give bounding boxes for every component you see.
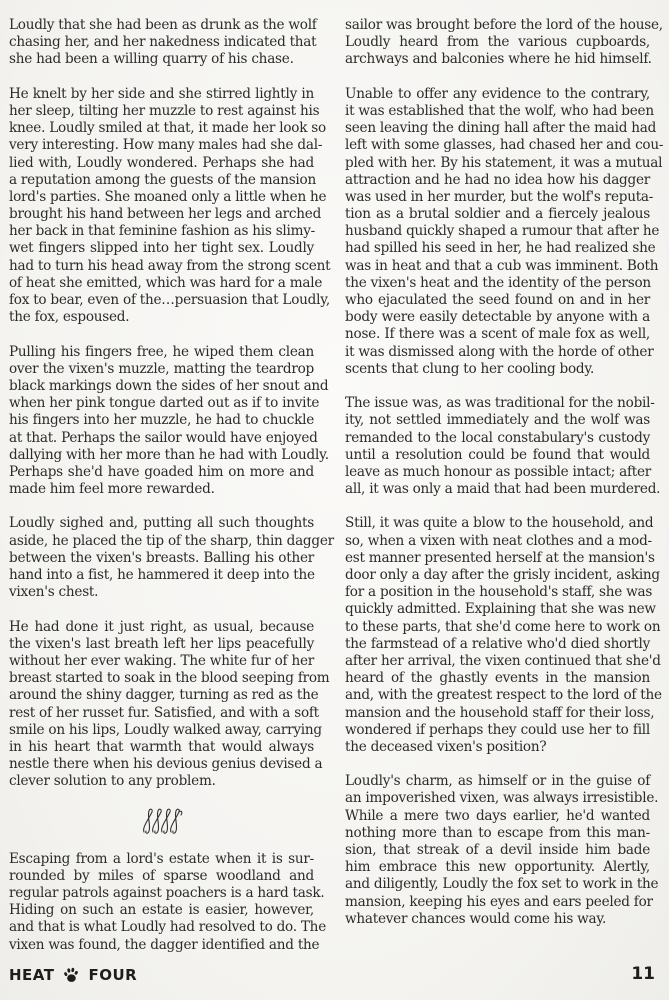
- text-line: the fox, espoused.: [9, 309, 314, 326]
- paragraph: Unable to offer any evidence to the cont…: [345, 86, 650, 378]
- text-line: and that is what Loudly had resolved to …: [9, 919, 314, 936]
- text-line: sailor was brought before the lord of th…: [345, 17, 650, 34]
- text-line: regular patrols against poachers is a ha…: [9, 885, 314, 902]
- text-line: Pulling his fingers free, he wiped them …: [9, 344, 314, 361]
- paragraph: Pulling his fingers free, he wiped them …: [9, 344, 314, 499]
- text-line: brought his hand between her legs and ar…: [9, 206, 314, 223]
- text-line: knee. Loudly smiled at that, it made her…: [9, 120, 314, 137]
- paragraph: Loudly's charm, as himself or in the gui…: [345, 773, 650, 928]
- text-line: tion as a brutal soldier and a fiercely …: [345, 206, 650, 223]
- text-line: had to turn his head away from the stron…: [9, 258, 314, 275]
- text-line: so, when a vixen with neat clothes and a…: [345, 533, 650, 550]
- text-line: lord's parties. She moaned only a little…: [9, 189, 314, 206]
- text-line: it was established that the wolf, who ha…: [345, 103, 650, 120]
- text-line: lied with, Loudly wondered. Perhaps she …: [9, 155, 314, 172]
- text-line: Loudly that she had been as drunk as the…: [9, 17, 314, 34]
- text-line: pled with her. By his statement, it was …: [345, 155, 650, 172]
- text-line: wondered if perhaps they could use her t…: [345, 722, 650, 739]
- text-line: est manner presented herself at the mans…: [345, 550, 650, 567]
- text-line: rest of her russet fur. Satisfied, and w…: [9, 705, 314, 722]
- text-line: chasing her, and her nakedness indicated…: [9, 34, 314, 51]
- text-line: remanded to the local constabulary's cus…: [345, 430, 650, 447]
- text-line: quickly admitted. Explaining that she wa…: [345, 601, 650, 618]
- text-line: vixen was found, the dagger identified a…: [9, 937, 314, 954]
- text-line: body were easily detectable by anyone wi…: [345, 309, 650, 326]
- text-line: mansion, keeping his eyes and ears peele…: [345, 894, 650, 911]
- paragraph: sailor was brought before the lord of th…: [345, 17, 650, 69]
- text-line: nothing more than to escape from this ma…: [345, 825, 650, 842]
- text-line: black markings down the sides of her sno…: [9, 378, 314, 395]
- text-line: the vixen's heat and the identity of the…: [345, 275, 650, 292]
- text-line: fox to bear, even of the…persuasion that…: [9, 292, 314, 309]
- text-line: whatever chances would come his way.: [345, 911, 650, 928]
- paw-print-icon: [62, 966, 80, 984]
- text-line: sion, that streak of a devil inside him …: [345, 842, 650, 859]
- text-line: hand into a fist, he hammered it deep in…: [9, 567, 314, 584]
- text-line: and diligently, Loudly the fox set to wo…: [345, 876, 650, 893]
- text-line: He had done it just right, as usual, bec…: [9, 619, 314, 636]
- text-line: an impoverished vixen, was always irresi…: [345, 790, 650, 807]
- brand-right-word: FOUR: [88, 966, 137, 984]
- text-line: very interesting. How many males had she…: [9, 137, 314, 154]
- text-line: He knelt by her side and she stirred lig…: [9, 86, 314, 103]
- text-line: was used in her murder, but the wolf's r…: [345, 189, 650, 206]
- text-line: between the vixen's breasts. Balling his…: [9, 550, 314, 567]
- paragraph: The issue was, as was traditional for th…: [345, 395, 650, 498]
- paragraph: He had done it just right, as usual, bec…: [9, 619, 314, 791]
- text-line: was in heat and that a cub was imminent.…: [345, 258, 650, 275]
- text-line: who ejaculated the seed found on and in …: [345, 292, 650, 309]
- text-line: Loudly sighed and, putting all such thou…: [9, 515, 314, 532]
- text-line: without her ever waking. The white fur o…: [9, 653, 314, 670]
- text-line: around the shiny dagger, turning as red …: [9, 687, 314, 704]
- text-line: husband quickly shaped a rumour that aft…: [345, 223, 650, 240]
- text-line: Loudly heard from the various cupboards,: [345, 34, 650, 51]
- text-line: she had been a willing quarry of his cha…: [9, 51, 314, 68]
- text-line: her sleep, tilting her muzzle to rest ag…: [9, 103, 314, 120]
- text-line: rounded by miles of sparse woodland and: [9, 868, 314, 885]
- text-line: vixen's chest.: [9, 584, 314, 601]
- text-line: ity, not settled immediately and the wol…: [345, 412, 650, 429]
- right-column: sailor was brought before the lord of th…: [345, 17, 650, 945]
- text-line: of heat she emitted, which was hard for …: [9, 275, 314, 292]
- text-line: after her arrival, the vixen continued t…: [345, 653, 650, 670]
- section-break-flourish-icon: [9, 804, 314, 838]
- magazine-page: Loudly that she had been as drunk as the…: [0, 0, 669, 1000]
- text-line: in his heart that warmth that would alwa…: [9, 739, 314, 756]
- text-line: the farmstead of a relative who'd died s…: [345, 636, 650, 653]
- text-line: all, it was only a maid that had been mu…: [345, 481, 650, 498]
- text-line: The issue was, as was traditional for th…: [345, 395, 650, 412]
- text-line: nestle there when his devious genius dev…: [9, 756, 314, 773]
- paragraph: Still, it was quite a blow to the househ…: [345, 515, 650, 756]
- text-line: over the vixen's muzzle, matting the tea…: [9, 361, 314, 378]
- text-line: door only a day after the grisly inciden…: [345, 567, 650, 584]
- page-number: 11: [631, 964, 655, 984]
- text-line: left with some glasses, had chased her a…: [345, 137, 650, 154]
- text-line: for a position in the household's staff,…: [345, 584, 650, 601]
- text-line: While a mere two days earlier, he'd want…: [345, 808, 650, 825]
- text-line: heard of the ghastly events in the mansi…: [345, 670, 650, 687]
- paragraph: Loudly sighed and, putting all such thou…: [9, 515, 314, 601]
- text-line: mansion and the household staff for thei…: [345, 705, 650, 722]
- text-line: Hiding on such an estate is easier, howe…: [9, 902, 314, 919]
- text-line: the deceased vixen's position?: [345, 739, 650, 756]
- text-line: Escaping from a lord's estate when it is…: [9, 851, 314, 868]
- brand-left-word: HEAT: [9, 966, 54, 984]
- text-line: Still, it was quite a blow to the househ…: [345, 515, 650, 532]
- text-line: a reputation among the guests of the man…: [9, 172, 314, 189]
- paragraph: He knelt by her side and she stirred lig…: [9, 86, 314, 327]
- text-line: seen leaving the dining hall after the m…: [345, 120, 650, 137]
- text-line: him embrace this new opportunity. Alertl…: [345, 859, 650, 876]
- left-column: Loudly that she had been as drunk as the…: [9, 17, 314, 971]
- text-line: at that. Perhaps the sailor would have e…: [9, 430, 314, 447]
- left-column-paragraphs: Loudly that she had been as drunk as the…: [9, 17, 314, 790]
- paragraph: Loudly that she had been as drunk as the…: [9, 17, 314, 69]
- text-line: made him feel more rewarded.: [9, 481, 314, 498]
- text-line: leave as much honour as possible intact;…: [345, 464, 650, 481]
- text-line: the vixen's last breath left her lips pe…: [9, 636, 314, 653]
- text-line: to these parts, that she'd come here to …: [345, 619, 650, 636]
- text-line: it was dismissed along with the horde of…: [345, 344, 650, 361]
- text-line: Perhaps she'd have goaded him on more an…: [9, 464, 314, 481]
- text-line: archways and balconies where he hid hims…: [345, 51, 650, 68]
- text-line: smile on his lips, Loudly walked away, c…: [9, 722, 314, 739]
- text-line: until a resolution could be found that w…: [345, 447, 650, 464]
- text-line: attraction and he had no idea how his da…: [345, 172, 650, 189]
- right-column-paragraphs: sailor was brought before the lord of th…: [345, 17, 650, 928]
- text-line: dallying with her more than he had with …: [9, 447, 314, 464]
- text-line: breast started to soak in the blood seep…: [9, 670, 314, 687]
- text-line: aside, he placed the tip of the sharp, t…: [9, 533, 314, 550]
- left-column-after-break: Escaping from a lord's estate when it is…: [9, 851, 314, 954]
- magazine-brand: HEAT FOUR: [9, 966, 137, 984]
- text-line: Loudly's charm, as himself or in the gui…: [345, 773, 650, 790]
- text-line: clever solution to any problem.: [9, 773, 314, 790]
- text-line: when her pink tongue darted out as if to…: [9, 395, 314, 412]
- text-line: Unable to offer any evidence to the cont…: [345, 86, 650, 103]
- text-line: had spilled his seed in her, he had real…: [345, 240, 650, 257]
- text-line: her back in that feminine fashion as his…: [9, 223, 314, 240]
- text-line: and, with the greatest respect to the lo…: [345, 687, 650, 704]
- text-line: nose. If there was a scent of male fox a…: [345, 326, 650, 343]
- text-line: wet fingers slipped into her tight sex. …: [9, 240, 314, 257]
- paragraph: Escaping from a lord's estate when it is…: [9, 851, 314, 954]
- text-line: scents that clung to her cooling body.: [345, 361, 650, 378]
- text-line: his fingers into her muzzle, he had to c…: [9, 412, 314, 429]
